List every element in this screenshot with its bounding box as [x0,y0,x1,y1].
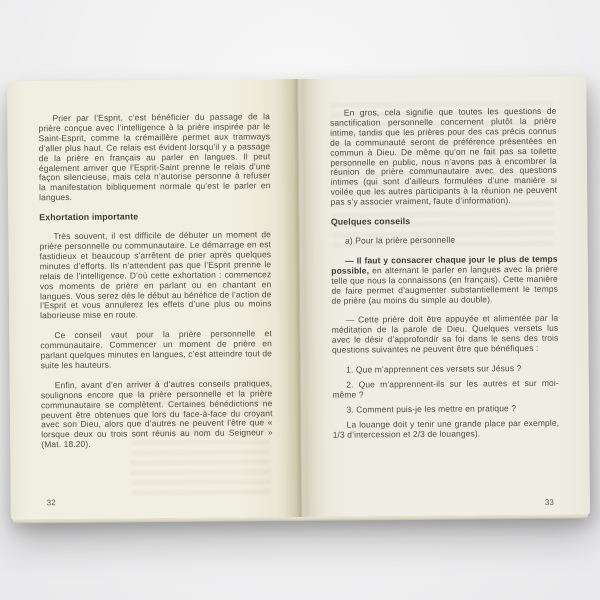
question-item: 1. Que m’apprennent ces versets sur Jésu… [332,364,559,376]
paragraph-advice-2: — Cette prière doit être appuyée et alim… [332,314,559,356]
page-number-right: 33 [545,498,554,507]
paragraph-closing: La louange doit y tenir une grande place… [333,418,560,440]
paragraph: Très souvent, il est difficile de débute… [39,230,271,321]
right-page-text: En gros, cela signifie que toutes les qu… [297,76,590,517]
left-page: Prier par l’Esprit, c’est bénéficier du … [7,79,300,520]
paragraph: Enfin, avant d’en arriver à d’autres con… [41,379,273,450]
paragraph: En gros, cela signifie que toutes les qu… [330,107,557,208]
photo-background: Prier par l’Esprit, c’est bénéficier du … [0,0,600,600]
section-heading-exhortation: Exhortation importante [39,211,271,223]
subheading-priere-personnelle: a) Pour la prière personnelle [331,235,558,247]
paragraph-advice-1: — Il faut y consacrer chaque jour le plu… [331,255,558,307]
paragraph: Prier par l’Esprit, c’est bénéficier du … [38,112,270,203]
section-heading-conseils: Quelques conseils [331,216,558,228]
question-item: 2. Que m’apprennent-ils sur les autres e… [332,379,559,401]
paragraph: Ce conseil vaut pour la prière personnel… [40,329,272,371]
open-book: Prier par l’Esprit, c’est bénéficier du … [7,76,590,519]
page-number-left: 32 [47,498,56,507]
question-item: 3. Comment puis-je les mettre en pratiqu… [332,403,559,415]
right-page: En gros, cela signifie que toutes les qu… [297,76,590,517]
left-page-text: Prier par l’Esprit, c’est bénéficier du … [7,79,300,520]
